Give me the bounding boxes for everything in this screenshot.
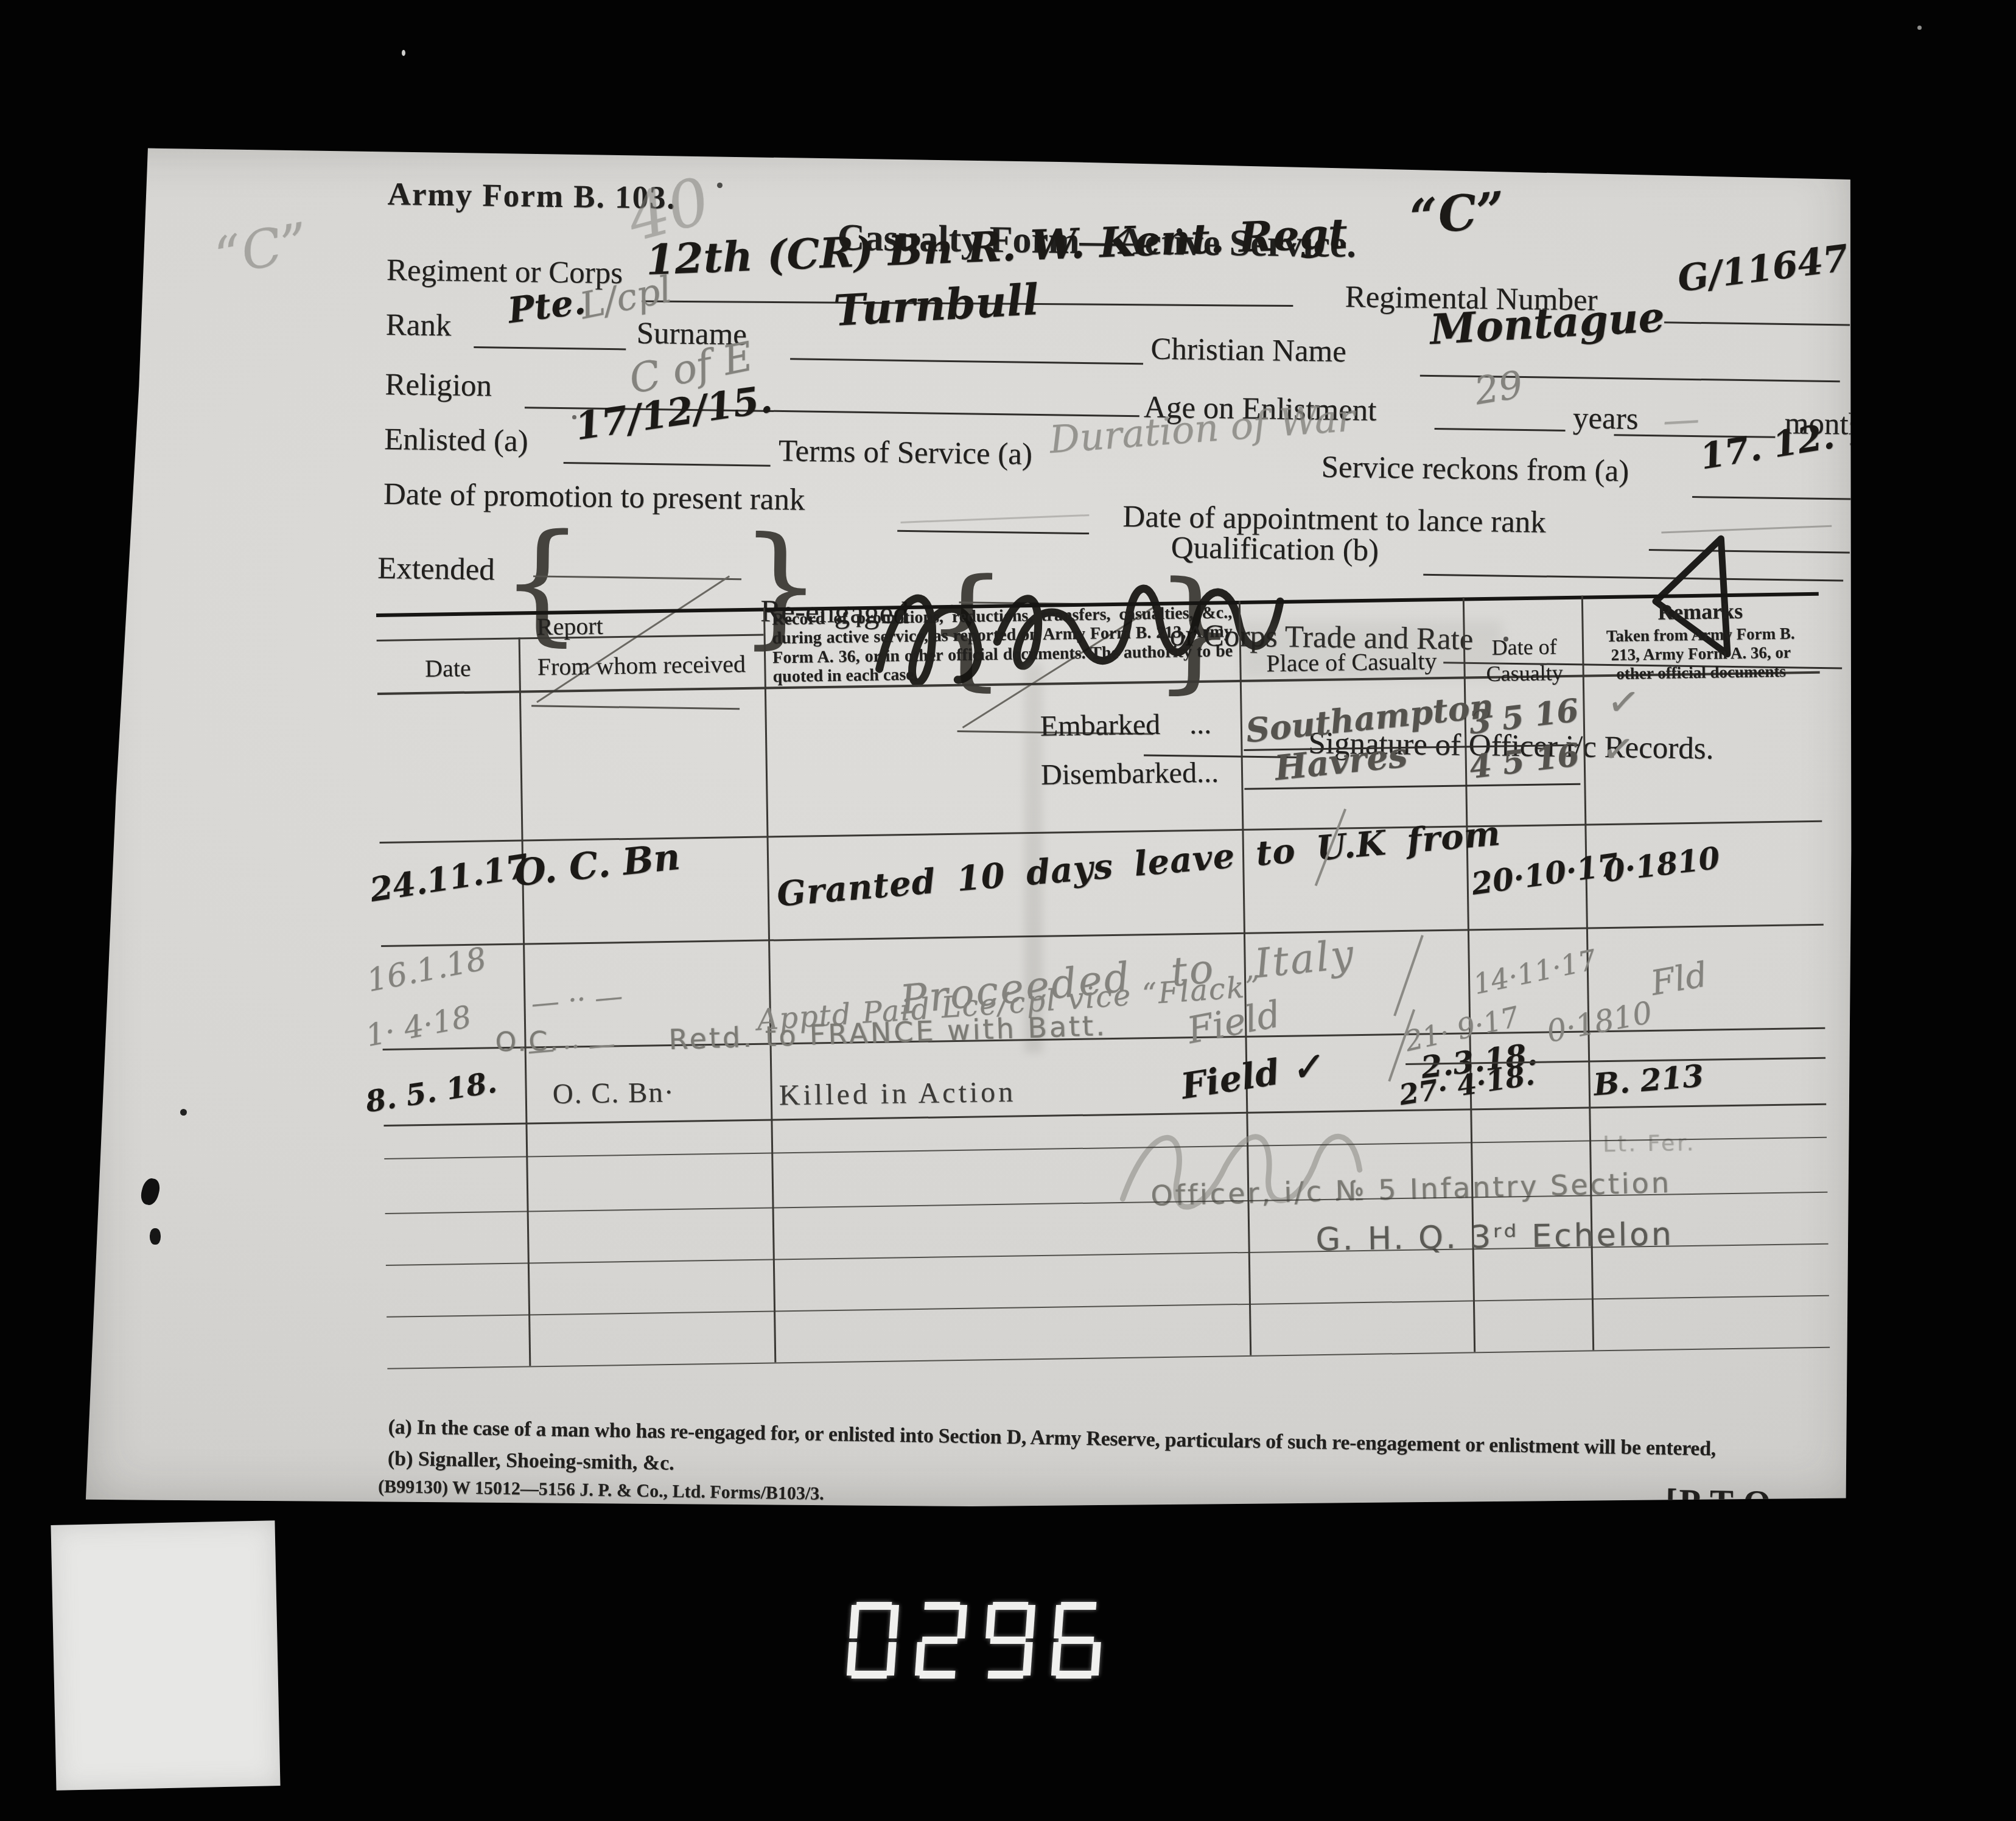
segment-a xyxy=(992,1602,1028,1610)
segment-d xyxy=(920,1671,956,1679)
counter-digit xyxy=(1051,1602,1104,1679)
segment-c xyxy=(1091,1642,1101,1676)
counter-digit xyxy=(983,1602,1036,1679)
ink-dot xyxy=(717,183,723,188)
segment-d xyxy=(852,1671,887,1679)
segment-b xyxy=(1025,1605,1035,1638)
segment-g xyxy=(990,1637,1026,1644)
segment-c xyxy=(886,1642,897,1676)
dust-speck xyxy=(402,50,405,56)
segment-f xyxy=(985,1605,996,1638)
dust-speck xyxy=(1917,26,1922,30)
ink-dot xyxy=(572,415,576,419)
ink-dot xyxy=(180,1109,187,1116)
segment-f xyxy=(1054,1605,1064,1638)
segment-d xyxy=(988,1671,1024,1679)
ink-dot xyxy=(1503,637,1508,641)
segment-f xyxy=(849,1605,859,1638)
footnotes-block: (a) In the case of a man who has re-enga… xyxy=(83,135,1880,1531)
printer-imprint: (B99130) W 15012—5156 J. P. & Co., Ltd. … xyxy=(378,1477,824,1505)
counter-digit xyxy=(915,1602,968,1679)
footnote-b: (b) Signaller, Shoeing-smith, &c. xyxy=(388,1447,675,1475)
calibration-square xyxy=(51,1520,280,1791)
ink-blot xyxy=(150,1228,161,1245)
counter-digit xyxy=(847,1602,900,1679)
segment-b xyxy=(889,1605,899,1638)
segment-b xyxy=(957,1605,967,1638)
army-form-paper: Army Form B. 103. 40 Casualty Form—Activ… xyxy=(84,140,1858,1506)
scanned-document-page: Army Form B. 103. 40 Casualty Form—Activ… xyxy=(0,0,2016,1821)
segment-g xyxy=(1059,1637,1094,1644)
frame-counter xyxy=(849,1602,1122,1679)
segment-a xyxy=(856,1602,892,1610)
segment-a xyxy=(924,1602,960,1610)
segment-d xyxy=(1056,1671,1092,1679)
pto-mark: [P.T.O. xyxy=(1665,1481,1783,1523)
segment-c xyxy=(1023,1642,1033,1676)
segment-a xyxy=(1060,1602,1096,1610)
segment-g xyxy=(922,1637,958,1644)
